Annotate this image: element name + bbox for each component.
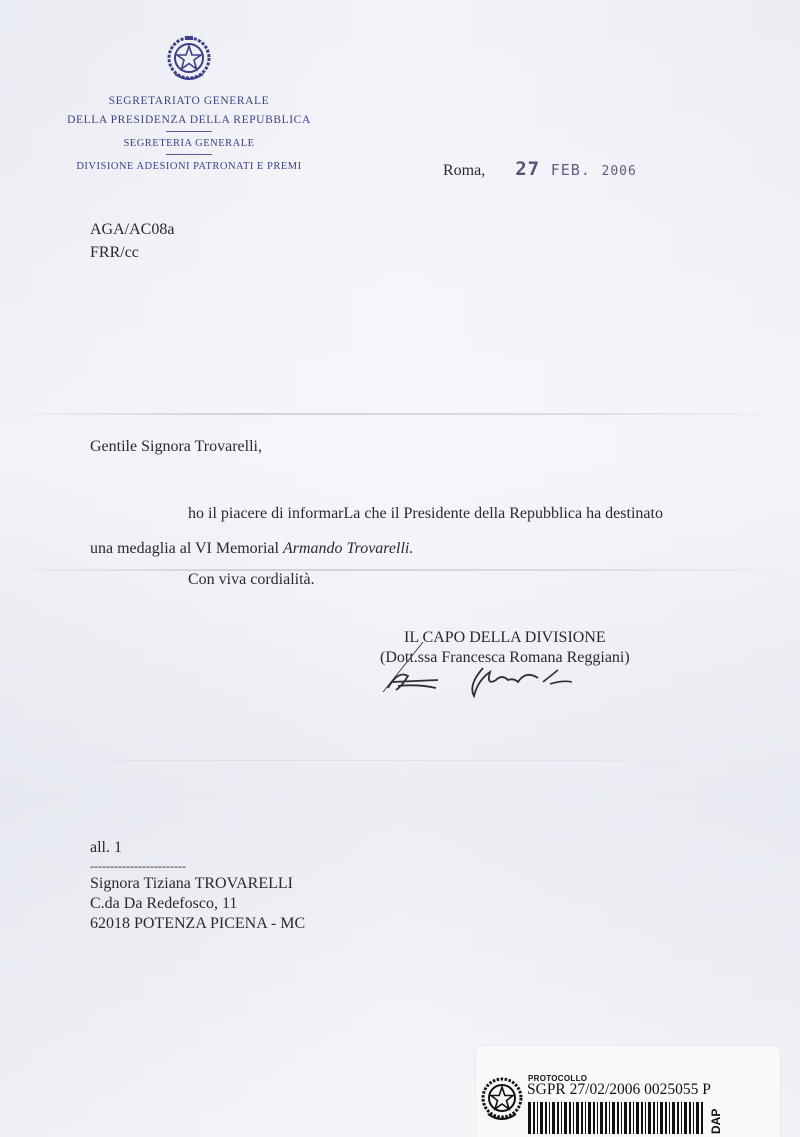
barcode-icon	[528, 1102, 706, 1134]
paper-fold	[0, 569, 800, 571]
salutation: Gentile Signora Trovarelli,	[90, 438, 262, 456]
letterhead-line-1: SEGRETARIATO GENERALE	[30, 92, 348, 111]
republic-seal-icon	[480, 1076, 524, 1124]
recipient-name: Signora Tiziana TROVARELLI	[90, 874, 305, 894]
body-paragraph-1: ho il piacere di informarLa che il Presi…	[188, 505, 663, 523]
letterhead: SEGRETARIATO GENERALE DELLA PRESIDENZA D…	[30, 34, 348, 176]
stamp-year: 2006	[602, 164, 637, 179]
date-stamp: 27 FEB. 2006	[515, 160, 637, 179]
date-line: Roma, 27 FEB. 2006	[443, 158, 637, 180]
body-paragraph-2: una medaglia al VI Memorial Armando Trov…	[90, 540, 413, 558]
letterhead-line-2: DELLA PRESIDENZA DELLA REPUBBLICA	[30, 111, 348, 130]
protocol-label: PROTOCOLLO SGPR 27/02/2006 0025055 P DAP	[476, 1046, 780, 1137]
stamp-month: FEB.	[551, 161, 591, 179]
footer-recipient: all. 1 ------------------------ Signora …	[90, 838, 305, 934]
separator: ------------------------	[90, 858, 305, 874]
letterhead-line-3: SEGRETERIA GENERALE	[30, 134, 348, 153]
letterhead-divider	[166, 131, 212, 132]
reference-line-1: AGA/AC08a	[90, 218, 174, 241]
paragraph-2-text: una medaglia al VI Memorial	[90, 540, 283, 557]
handwritten-signature-icon	[378, 640, 598, 700]
attachments-note: all. 1	[90, 838, 305, 858]
reference-line-2: FRR/cc	[90, 241, 174, 264]
recipient-street: C.da Da Redefosco, 11	[90, 894, 305, 914]
stamp-day: 27	[515, 158, 540, 180]
paper-fold	[0, 413, 800, 415]
italian-republic-emblem-icon	[165, 34, 213, 86]
protocol-code: SGPR 27/02/2006 0025055 P	[527, 1081, 711, 1099]
protocol-side-text: DAP	[709, 1109, 723, 1134]
date-place: Roma,	[443, 162, 485, 179]
paper-fold	[0, 760, 800, 761]
memorial-name: Armando Trovarelli.	[283, 540, 413, 557]
closing: Con viva cordialità.	[188, 571, 315, 589]
recipient-city: 62018 POTENZA PICENA - MC	[90, 914, 305, 934]
reference-codes: AGA/AC08a FRR/cc	[90, 218, 174, 264]
letterhead-line-4: DIVISIONE ADESIONI PATRONATI E PREMI	[30, 157, 348, 176]
letterhead-divider	[166, 154, 212, 155]
